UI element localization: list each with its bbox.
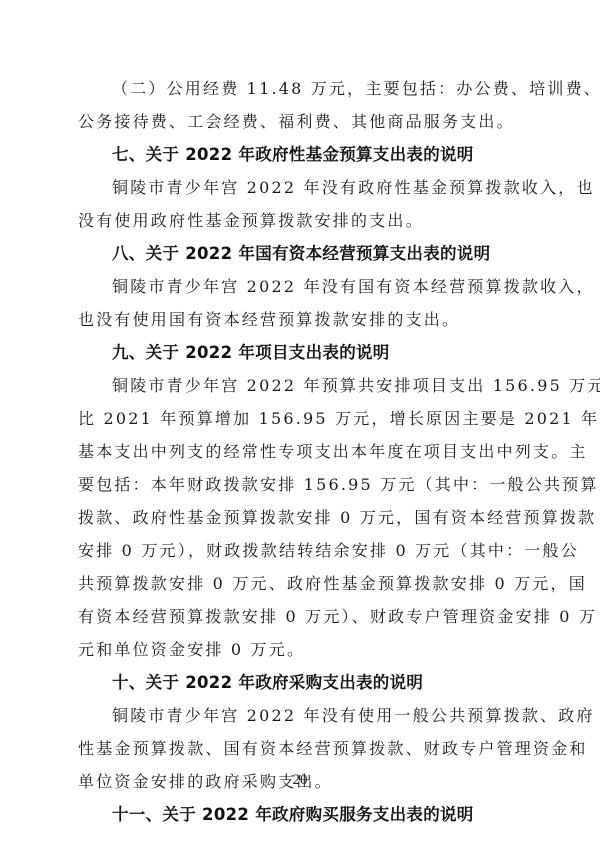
text-line: 铜陵市青少年宫 2022 年没有政府性基金预算拨款收入，也	[78, 171, 524, 204]
text-line: 比 2021 年预算增加 156.95 万元，增长原因主要是 2021 年度在	[78, 402, 524, 435]
page-number: 20	[0, 772, 600, 789]
text-line: 公务接待费、工会经费、福利费、其他商品服务支出。	[78, 105, 524, 138]
section-heading-7: 七、关于 2022 年政府性基金预算支出表的说明	[78, 138, 524, 171]
text-line: 基本支出中列支的经常性专项支出本年度在项目支出中列支。主	[78, 435, 524, 468]
text-line: 元和单位资金安排 0 万元。	[78, 633, 524, 666]
section-heading-8: 八、关于 2022 年国有资本经营预算支出表的说明	[78, 237, 524, 270]
text-line: （二）公用经费 11.48 万元，主要包括：办公费、培训费、	[78, 72, 524, 105]
text-line: 拨款、政府性基金预算拨款安排 0 万元，国有资本经营预算拨款	[78, 501, 524, 534]
paragraph-public-expenses: （二）公用经费 11.48 万元，主要包括：办公费、培训费、 公务接待费、工会经…	[78, 72, 524, 138]
text-line: 铜陵市青少年宫 2022 年预算共安排项目支出 156.95 万元，	[78, 369, 524, 402]
document-page: （二）公用经费 11.48 万元，主要包括：办公费、培训费、 公务接待费、工会经…	[78, 72, 524, 831]
text-line: 性基金预算拨款、国有资本经营预算拨款、财政专户管理资金和	[78, 732, 524, 765]
section-heading-11: 十一、关于 2022 年政府购买服务支出表的说明	[78, 798, 524, 831]
section-heading-9: 九、关于 2022 年项目支出表的说明	[78, 336, 524, 369]
text-line: 共预算拨款安排 0 万元、政府性基金预算拨款安排 0 万元，国	[78, 567, 524, 600]
text-line: 也没有使用国有资本经营预算拨款安排的支出。	[78, 303, 524, 336]
text-line: 安排 0 万元），财政拨款结转结余安排 0 万元（其中：一般公	[78, 534, 524, 567]
text-line: 要包括：本年财政拨款安排 156.95 万元（其中：一般公共预算	[78, 468, 524, 501]
paragraph-state-capital: 铜陵市青少年宫 2022 年没有国有资本经营预算拨款收入， 也没有使用国有资本经…	[78, 270, 524, 336]
text-line: 铜陵市青少年宫 2022 年没有使用一般公共预算拨款、政府	[78, 699, 524, 732]
text-line: 铜陵市青少年宫 2022 年没有国有资本经营预算拨款收入，	[78, 270, 524, 303]
paragraph-gov-fund: 铜陵市青少年宫 2022 年没有政府性基金预算拨款收入，也 没有使用政府性基金预…	[78, 171, 524, 237]
text-line: 没有使用政府性基金预算拨款安排的支出。	[78, 204, 524, 237]
paragraph-project-expenses: 铜陵市青少年宫 2022 年预算共安排项目支出 156.95 万元， 比 202…	[78, 369, 524, 666]
section-heading-10: 十、关于 2022 年政府采购支出表的说明	[78, 666, 524, 699]
text-line: 有资本经营预算拨款安排 0 万元）、财政专户管理资金安排 0 万	[78, 600, 524, 633]
